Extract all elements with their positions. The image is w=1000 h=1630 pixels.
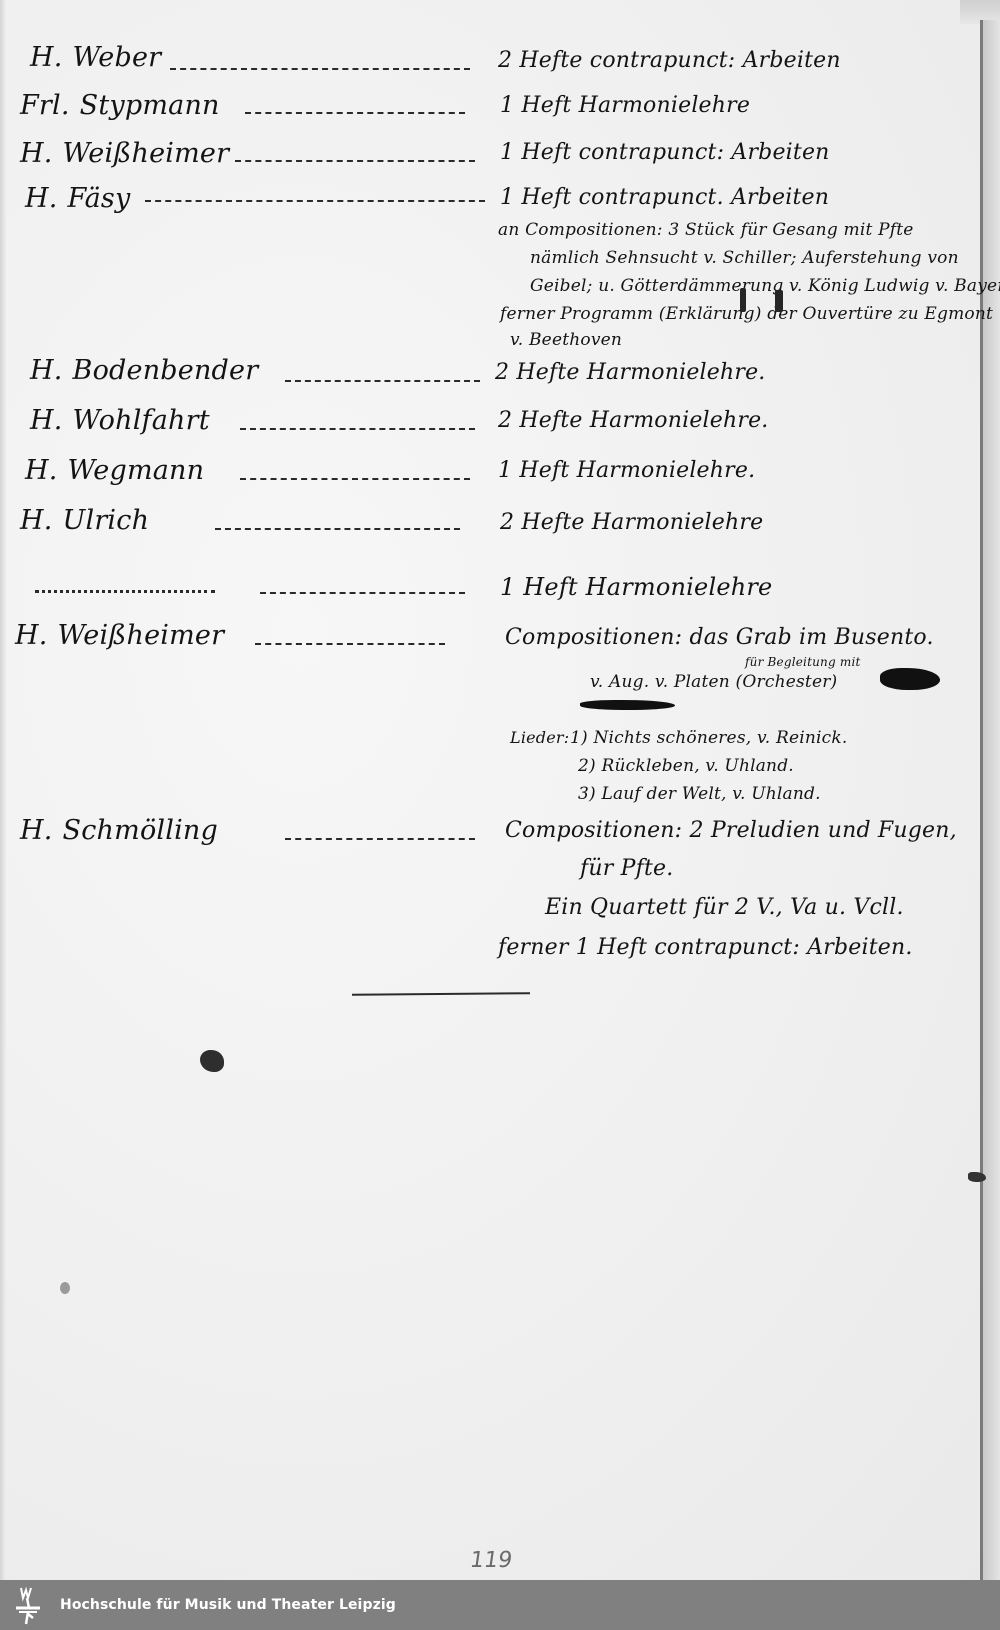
- entry-work-line: Geibel; u. Götterdämmerung v. König Ludw…: [530, 276, 1000, 296]
- entry-title: Frl.: [20, 90, 70, 121]
- entry-name: H.Schmölling: [20, 815, 218, 846]
- leader-dots: [35, 590, 215, 593]
- entry-title: H.: [20, 138, 53, 169]
- entry-work: Compositionen: das Grab im Busento.: [505, 625, 934, 650]
- institution-footer: Hochschule für Musik und Theater Leipzig: [0, 1580, 1000, 1630]
- entry-name: H.Wohlfahrt: [30, 405, 210, 436]
- ink-stain: [968, 1172, 986, 1182]
- entry-work-line: an Compositionen: 3 Stück für Gesang mit…: [498, 220, 914, 240]
- entry-work-line: ferner Programm (Erklärung) der Ouvertür…: [500, 304, 993, 324]
- entry-work-line: Ein Quartett für 2 V., Va u. Vcll.: [545, 895, 904, 920]
- leader-dashes: [285, 838, 475, 840]
- entry-work-line: nämlich Sehnsucht v. Schiller; Aufersteh…: [530, 248, 959, 268]
- entry-title: H.: [20, 505, 53, 536]
- page-right-edge: [980, 20, 983, 1580]
- entry-work: 1 Heft Harmonielehre: [500, 573, 772, 601]
- page-left-edge: [0, 0, 6, 1580]
- entry-student: Schmölling: [63, 815, 218, 846]
- entry-work-line: ferner 1 Heft contrapunct: Arbeiten.: [498, 935, 913, 960]
- entry-name: H.Ulrich: [20, 505, 149, 536]
- leader-dashes: [235, 160, 475, 162]
- leader-dashes: [170, 68, 470, 70]
- interlinear-insertion: für Begleitung mit: [745, 655, 861, 669]
- entry-name: H.Weißheimer: [20, 138, 229, 169]
- lied-item: 3) Lauf der Welt, v. Uhland.: [578, 784, 821, 804]
- lied-item: 2) Rückleben, v. Uhland.: [578, 756, 794, 776]
- entry-student: Bodenbender: [73, 355, 259, 386]
- page-right-shadow: [983, 20, 1000, 1580]
- ink-stain: [200, 1050, 224, 1072]
- entry-work: 2 Hefte Harmonielehre.: [495, 360, 766, 385]
- entry-work-line: v. Beethoven: [510, 330, 622, 350]
- entry-name: H.Bodenbender: [30, 355, 258, 386]
- entry-name: H.Fäsy: [25, 183, 130, 214]
- lied-item: 1) Nichts schöneres, v. Reinick.: [570, 728, 847, 748]
- entry-name: H.Weißheimer: [15, 620, 224, 651]
- entry-student: Weißheimer: [58, 620, 225, 651]
- leader-dashes: [255, 643, 445, 645]
- entry-student: Stypmann: [80, 90, 220, 121]
- leader-dashes: [260, 592, 465, 594]
- entry-title: H.: [30, 405, 63, 436]
- entry-work: 1 Heft Harmonielehre: [500, 93, 750, 118]
- entry-title: H.: [30, 355, 63, 386]
- entry-title: H.: [15, 620, 48, 651]
- manuscript-page: H.Weber 2 Hefte contrapunct: Arbeiten Fr…: [0, 0, 1000, 1580]
- institution-name: Hochschule für Musik und Theater Leipzig: [60, 1597, 396, 1613]
- entry-title: H.: [30, 42, 63, 73]
- entry-title: H.: [25, 455, 58, 486]
- entry-student: Fäsy: [68, 183, 131, 214]
- entry-work: Compositionen: 2 Preludien und Fugen,: [505, 818, 957, 843]
- leader-dashes: [145, 200, 485, 202]
- entry-title: H.: [25, 183, 58, 214]
- entry-work: 2 Hefte contrapunct: Arbeiten: [498, 48, 841, 73]
- leader-dashes: [240, 428, 475, 430]
- entry-student: Wegmann: [68, 455, 205, 486]
- leader-dashes: [245, 112, 465, 114]
- entry-work-line: für Pfte.: [580, 856, 673, 881]
- entry-work: 1 Heft Harmonielehre.: [498, 458, 755, 483]
- entry-name: H.Weber: [30, 42, 161, 73]
- ink-mark: [775, 290, 783, 312]
- logo-glyph: [13, 1584, 43, 1626]
- entry-name: Frl.Stypmann: [20, 90, 220, 121]
- hmt-leipzig-logo-icon: [10, 1583, 46, 1627]
- entry-student: Ulrich: [63, 505, 150, 536]
- entry-student: Wohlfahrt: [73, 405, 210, 436]
- leader-dashes: [285, 380, 480, 382]
- page-number: 119: [468, 1548, 514, 1573]
- entry-work: 1 Heft contrapunct. Arbeiten: [500, 185, 829, 210]
- ink-mark: [740, 288, 746, 312]
- entry-title: H.: [20, 815, 53, 846]
- crossed-out-text: [880, 668, 940, 690]
- entry-work: 2 Hefte Harmonielehre: [500, 510, 763, 535]
- leader-dashes: [240, 478, 470, 480]
- closing-rule: [352, 992, 530, 996]
- entry-work: 1 Heft contrapunct: Arbeiten: [500, 140, 830, 165]
- crossed-out-text: [580, 700, 675, 710]
- faint-stain: [60, 1282, 70, 1294]
- entry-work: 2 Hefte Harmonielehre.: [498, 408, 769, 433]
- entry-work-line: v. Aug. v. Platen (Orchester): [590, 672, 837, 692]
- leader-dashes: [215, 528, 460, 530]
- entry-name: H.Wegmann: [25, 455, 204, 486]
- entry-student: Weber: [73, 42, 162, 73]
- entry-student: Weißheimer: [63, 138, 230, 169]
- lieder-label: Lieder:: [510, 728, 569, 747]
